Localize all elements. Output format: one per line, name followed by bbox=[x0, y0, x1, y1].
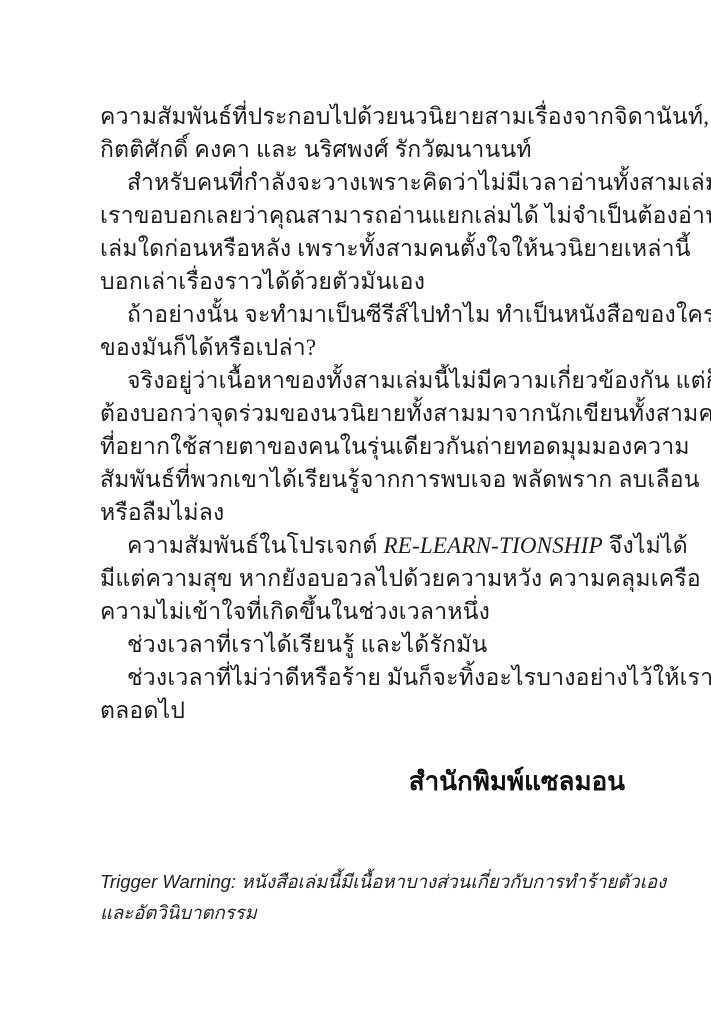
publisher-signature: สำนักพิมพ์แซลมอน bbox=[409, 764, 625, 798]
body-line: เราขอบอกเลยว่าคุณสามารถอ่านแยกเล่มได้ ไม… bbox=[100, 199, 628, 232]
body-line: ความสัมพันธ์ที่ประกอบไปด้วยนวนิยายสามเรื… bbox=[100, 100, 628, 133]
trigger-warning-line: และอัตวินิบาตกรรม bbox=[100, 897, 640, 928]
body-line: บอกเล่าเรื่องราวได้ด้วยตัวมันเอง bbox=[100, 265, 628, 298]
body-line: เล่มใดก่อนหรือหลัง เพราะทั้งสามคนตั้งใจใ… bbox=[100, 232, 628, 265]
body-line: ถ้าอย่างนั้น จะทำมาเป็นซีรีส์ไปทำไม ทำเป… bbox=[100, 298, 628, 331]
body-line: ตลอดไป bbox=[100, 694, 628, 727]
body-line: ช่วงเวลาที่ไม่ว่าดีหรือร้าย มันก็จะทิ้งอ… bbox=[100, 661, 628, 694]
project-title-italic: RE-LEARN-TIONSHIP bbox=[384, 533, 603, 558]
body-line: สัมพันธ์ที่พวกเขาได้เรียนรู้จากการพบเจอ … bbox=[100, 463, 628, 496]
body-text: ความสัมพันธ์ที่ประกอบไปด้วยนวนิยายสามเรื… bbox=[100, 100, 628, 727]
body-line: ของมันก็ได้หรือเปล่า? bbox=[100, 331, 628, 364]
trigger-warning: Trigger Warning: หนังสือเล่มนี้มีเนื้อหา… bbox=[100, 866, 640, 928]
body-line: ความสัมพันธ์ในโปรเจกต์ RE-LEARN-TIONSHIP… bbox=[100, 529, 628, 562]
body-line: หรือลืมไม่ลง bbox=[100, 496, 628, 529]
body-line: จริงอยู่ว่าเนื้อหาของทั้งสามเล่มนี้ไม่มี… bbox=[100, 364, 628, 397]
body-line: ความไม่เข้าใจที่เกิดขึ้นในช่วงเวลาหนึ่ง bbox=[100, 595, 628, 628]
book-page: ความสัมพันธ์ที่ประกอบไปด้วยนวนิยายสามเรื… bbox=[0, 0, 711, 1024]
body-line: ที่อยากใช้สายตาของคนในรุ่นเดียวกันถ่ายทอ… bbox=[100, 430, 628, 463]
body-line: กิตติศักดิ์ คงคา และ นริศพงศ์ รักวัฒนานน… bbox=[100, 133, 628, 166]
body-line: สำหรับคนที่กำลังจะวางเพราะคิดว่าไม่มีเวล… bbox=[100, 166, 628, 199]
body-line: มีแต่ความสุข หากยังอบอวลไปด้วยความหวัง ค… bbox=[100, 562, 628, 595]
trigger-warning-line: Trigger Warning: หนังสือเล่มนี้มีเนื้อหา… bbox=[100, 866, 640, 897]
body-line: ต้องบอกว่าจุดร่วมของนวนิยายทั้งสามมาจากน… bbox=[100, 397, 628, 430]
body-line: ช่วงเวลาที่เราได้เรียนรู้ และได้รักมัน bbox=[100, 628, 628, 661]
